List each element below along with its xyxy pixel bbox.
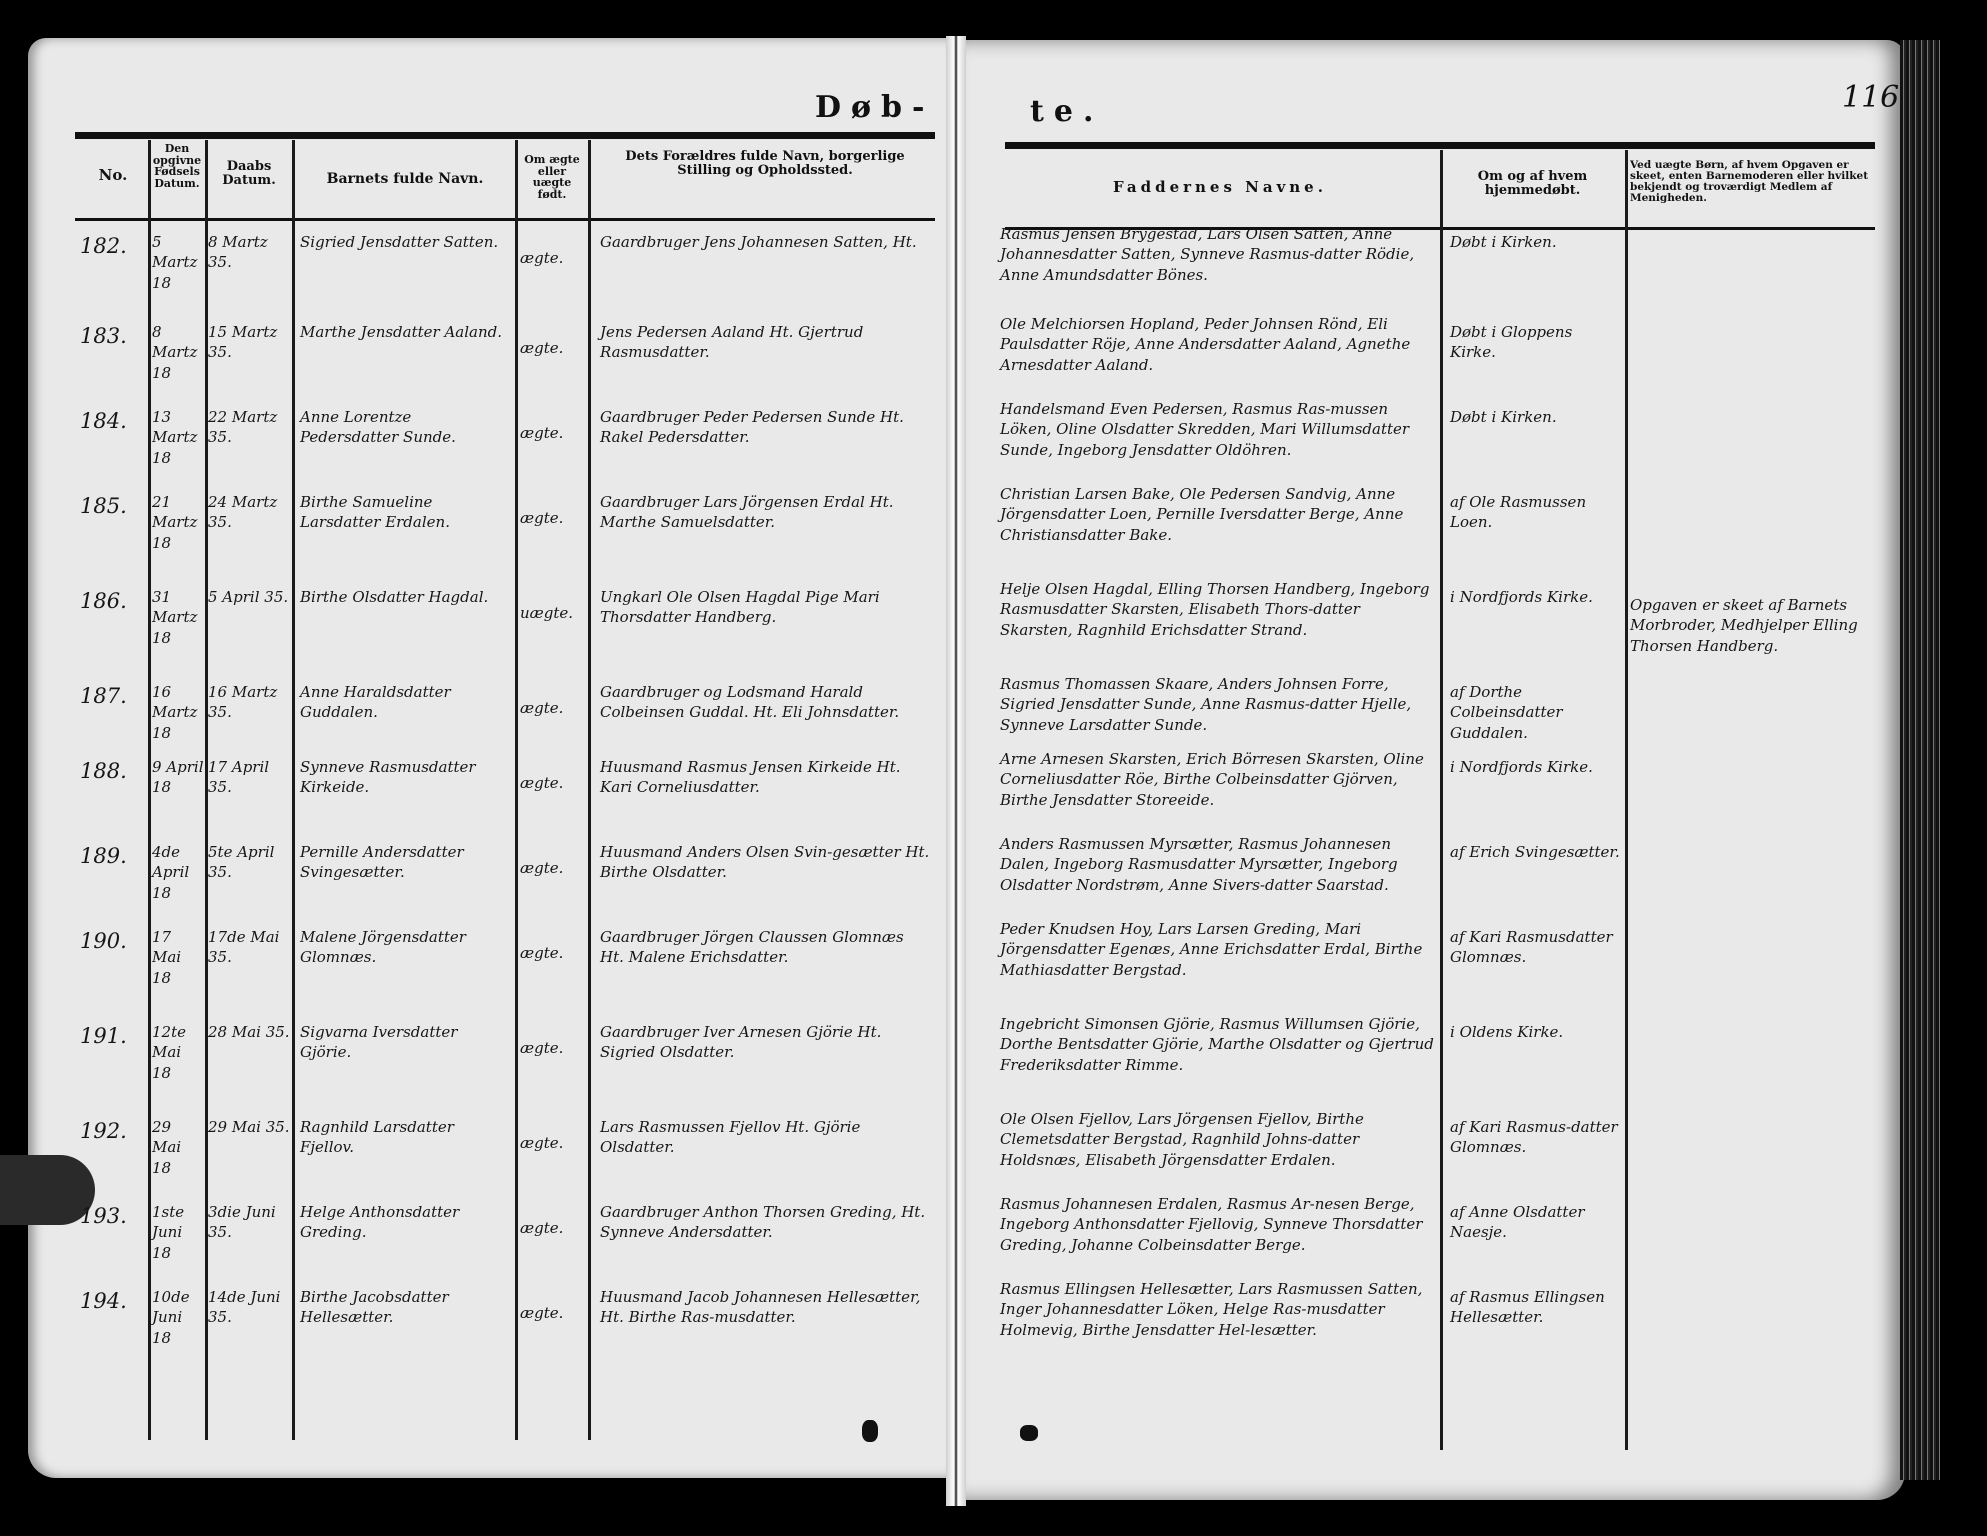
home-baptism: i Nordfjords Kirke. (1450, 587, 1620, 607)
legitimacy: ægte. (520, 698, 586, 718)
sponsors: Rasmus Jensen Brygestad, Lars Olsen Satt… (1000, 224, 1435, 285)
home-baptism: Døbt i Kirken. (1450, 407, 1620, 427)
header-child-name: Barnets fulde Navn. (300, 172, 510, 187)
entry-number: 187. (80, 682, 146, 710)
child-name: Ragnhild Larsdatter Fjellov. (300, 1117, 510, 1158)
ink-blot (862, 1420, 878, 1442)
home-baptism: Døbt i Kirken. (1450, 232, 1620, 252)
legitimacy: ægte. (520, 1038, 586, 1058)
birth-date: 13 Martz 18 (152, 407, 204, 468)
ink-blot (1020, 1425, 1038, 1441)
child-name: Malene Jörgensdatter Glomnæs. (300, 927, 510, 968)
birth-date: 17 Mai 18 (152, 927, 204, 988)
header-rule-right (1005, 142, 1875, 149)
illegitimate-note: Opgaven er skeet af Barnets Morbroder, M… (1630, 595, 1875, 656)
child-name: Helge Anthonsdatter Greding. (300, 1202, 510, 1243)
header-baptism-date: Daabs Datum. (208, 160, 290, 187)
home-baptism: af Kari Rasmusdatter Glomnæs. (1450, 927, 1620, 968)
birth-date: 21 Martz 18 (152, 492, 204, 553)
baptism-date: 22 Martz 35. (208, 407, 290, 448)
parents: Gaardbruger Anthon Thorsen Greding, Ht. … (600, 1202, 930, 1243)
baptism-date: 14de Juni 35. (208, 1287, 290, 1328)
header-rule-left (75, 132, 935, 139)
parents: Ungkarl Ole Olsen Hagdal Pige Mari Thors… (600, 587, 930, 628)
entry-number: 193. (80, 1202, 146, 1230)
birth-date: 29 Mai 18 (152, 1117, 204, 1178)
legitimacy: ægte. (520, 773, 586, 793)
entry-number: 190. (80, 927, 146, 955)
parents: Jens Pedersen Aaland Ht. Gjertrud Rasmus… (600, 322, 930, 363)
header-bottom-rule-left (75, 218, 935, 221)
entry-number: 191. (80, 1022, 146, 1050)
birth-date: 4de April 18 (152, 842, 204, 903)
baptism-date: 8 Martz 35. (208, 232, 290, 273)
child-name: Birthe Samueline Larsdatter Erdalen. (300, 492, 510, 533)
birth-date: 16 Martz 18 (152, 682, 204, 743)
home-baptism: af Kari Rasmus-datter Glomnæs. (1450, 1117, 1620, 1158)
child-name: Birthe Olsdatter Hagdal. (300, 587, 510, 607)
sponsors: Ingebricht Simonsen Gjörie, Rasmus Willu… (1000, 1014, 1435, 1075)
entry-number: 185. (80, 492, 146, 520)
sponsors: Rasmus Johannesen Erdalen, Rasmus Ar-nes… (1000, 1194, 1435, 1255)
baptism-date: 5te April 35. (208, 842, 290, 883)
page-number: 116 (1842, 80, 1899, 115)
home-baptism: af Erich Svingesætter. (1450, 842, 1620, 862)
entry-number: 183. (80, 322, 146, 350)
home-baptism: Døbt i Gloppens Kirke. (1450, 322, 1620, 363)
baptism-date: 16 Martz 35. (208, 682, 290, 723)
parents: Gaardbruger Jens Johannesen Satten, Ht. (600, 232, 930, 252)
entry-number: 184. (80, 407, 146, 435)
birth-date: 1ste Juni 18 (152, 1202, 204, 1263)
child-name: Sigvarna Iversdatter Gjörie. (300, 1022, 510, 1063)
sponsors: Anders Rasmussen Myrsætter, Rasmus Johan… (1000, 834, 1435, 895)
baptism-date: 5 April 35. (208, 587, 290, 607)
parents: Huusmand Rasmus Jensen Kirkeide Ht. Kari… (600, 757, 930, 798)
col-line (292, 140, 295, 1440)
home-baptism: i Nordfjords Kirke. (1450, 757, 1620, 777)
baptism-date: 28 Mai 35. (208, 1022, 290, 1042)
entry-number: 194. (80, 1287, 146, 1315)
legitimacy: ægte. (520, 423, 586, 443)
legitimacy: ægte. (520, 943, 586, 963)
register-title-right: te. (1030, 94, 1103, 129)
sponsors: Ole Olsen Fjellov, Lars Jörgensen Fjello… (1000, 1109, 1435, 1170)
legitimacy: ægte. (520, 1218, 586, 1238)
sponsors: Ole Melchiorsen Hopland, Peder Johnsen R… (1000, 314, 1435, 375)
child-name: Anne Haraldsdatter Guddalen. (300, 682, 510, 723)
sponsors: Peder Knudsen Hoy, Lars Larsen Greding, … (1000, 919, 1435, 980)
entry-number: 186. (80, 587, 146, 615)
parents: Huusmand Jacob Johannesen Hellesætter, H… (600, 1287, 930, 1328)
entry-number: 188. (80, 757, 146, 785)
col-line (515, 140, 518, 1440)
header-illegitimate-note: Ved uægte Børn, af hvem Opgaven er skeet… (1630, 160, 1875, 204)
header-no: No. (80, 168, 146, 184)
legitimacy: ægte. (520, 508, 586, 528)
legitimacy: ægte. (520, 1133, 586, 1153)
entry-number: 182. (80, 232, 146, 260)
parents: Gaardbruger Peder Pedersen Sunde Ht. Rak… (600, 407, 930, 448)
col-line (588, 140, 591, 1440)
header-sponsors: Faddernes Navne. (1010, 180, 1430, 196)
child-name: Anne Lorentze Pedersdatter Sunde. (300, 407, 510, 448)
child-name: Pernille Andersdatter Svingesætter. (300, 842, 510, 883)
baptism-date: 17 April 35. (208, 757, 290, 798)
page-edges (1900, 40, 1940, 1480)
header-legitimacy: Om ægte eller uægte født. (518, 154, 586, 200)
legitimacy: ægte. (520, 1303, 586, 1323)
baptism-date: 17de Mai 35. (208, 927, 290, 968)
parents: Gaardbruger Lars Jörgensen Erdal Ht. Mar… (600, 492, 930, 533)
col-line (1625, 150, 1628, 1450)
baptism-date: 24 Martz 35. (208, 492, 290, 533)
child-name: Birthe Jacobsdatter Hellesætter. (300, 1287, 510, 1328)
sponsors: Rasmus Thomassen Skaare, Anders Johnsen … (1000, 674, 1435, 735)
baptism-date: 15 Martz 35. (208, 322, 290, 363)
baptism-date: 3die Juni 35. (208, 1202, 290, 1243)
birth-date: 12te Mai 18 (152, 1022, 204, 1083)
home-baptism: af Ole Rasmussen Loen. (1450, 492, 1620, 533)
child-name: Sigried Jensdatter Satten. (300, 232, 510, 252)
col-line (1440, 150, 1443, 1450)
sponsors: Arne Arnesen Skarsten, Erich Börresen Sk… (1000, 749, 1435, 810)
header-parents: Dets Forældres fulde Navn, borgerlige St… (600, 150, 930, 177)
home-baptism: af Anne Olsdatter Naesje. (1450, 1202, 1620, 1243)
birth-date: 31 Martz 18 (152, 587, 204, 648)
birth-date: 5 Martz 18 (152, 232, 204, 293)
child-name: Synneve Rasmusdatter Kirkeide. (300, 757, 510, 798)
sponsors: Rasmus Ellingsen Hellesætter, Lars Rasmu… (1000, 1279, 1435, 1340)
parents: Huusmand Anders Olsen Svin-gesætter Ht. … (600, 842, 930, 883)
home-baptism: af Rasmus Ellingsen Hellesætter. (1450, 1287, 1620, 1328)
legitimacy: ægte. (520, 338, 586, 358)
home-baptism: af Dorthe Colbeinsdatter Guddalen. (1450, 682, 1620, 743)
entry-number: 189. (80, 842, 146, 870)
parents: Gaardbruger Iver Arnesen Gjörie Ht. Sigr… (600, 1022, 930, 1063)
parents: Lars Rasmussen Fjellov Ht. Gjörie Olsdat… (600, 1117, 930, 1158)
entry-number: 192. (80, 1117, 146, 1145)
baptism-date: 29 Mai 35. (208, 1117, 290, 1137)
book-gutter (946, 36, 966, 1506)
legitimacy: ægte. (520, 858, 586, 878)
parents: Gaardbruger Jörgen Claussen Glomnæs Ht. … (600, 927, 930, 968)
child-name: Marthe Jensdatter Aaland. (300, 322, 510, 342)
parents: Gaardbruger og Lodsmand Harald Colbeinse… (600, 682, 930, 723)
register-title-left: Døb- (815, 90, 934, 125)
sponsors: Christian Larsen Bake, Ole Pedersen Sand… (1000, 484, 1435, 545)
col-line (148, 140, 151, 1440)
sponsors: Handelsmand Even Pedersen, Rasmus Ras-mu… (1000, 399, 1435, 460)
birth-date: 8 Martz 18 (152, 322, 204, 383)
header-home-baptism: Om og af hvem hjemmedøbt. (1445, 170, 1620, 197)
legitimacy: uægte. (520, 603, 586, 623)
birth-date: 10de Juni 18 (152, 1287, 204, 1348)
home-baptism: i Oldens Kirke. (1450, 1022, 1620, 1042)
legitimacy: ægte. (520, 248, 586, 268)
header-birth-date: Den opgivne Fødsels Datum. (150, 143, 204, 189)
sponsors: Helje Olsen Hagdal, Elling Thorsen Handb… (1000, 579, 1435, 640)
birth-date: 9 April 18 (152, 757, 204, 798)
